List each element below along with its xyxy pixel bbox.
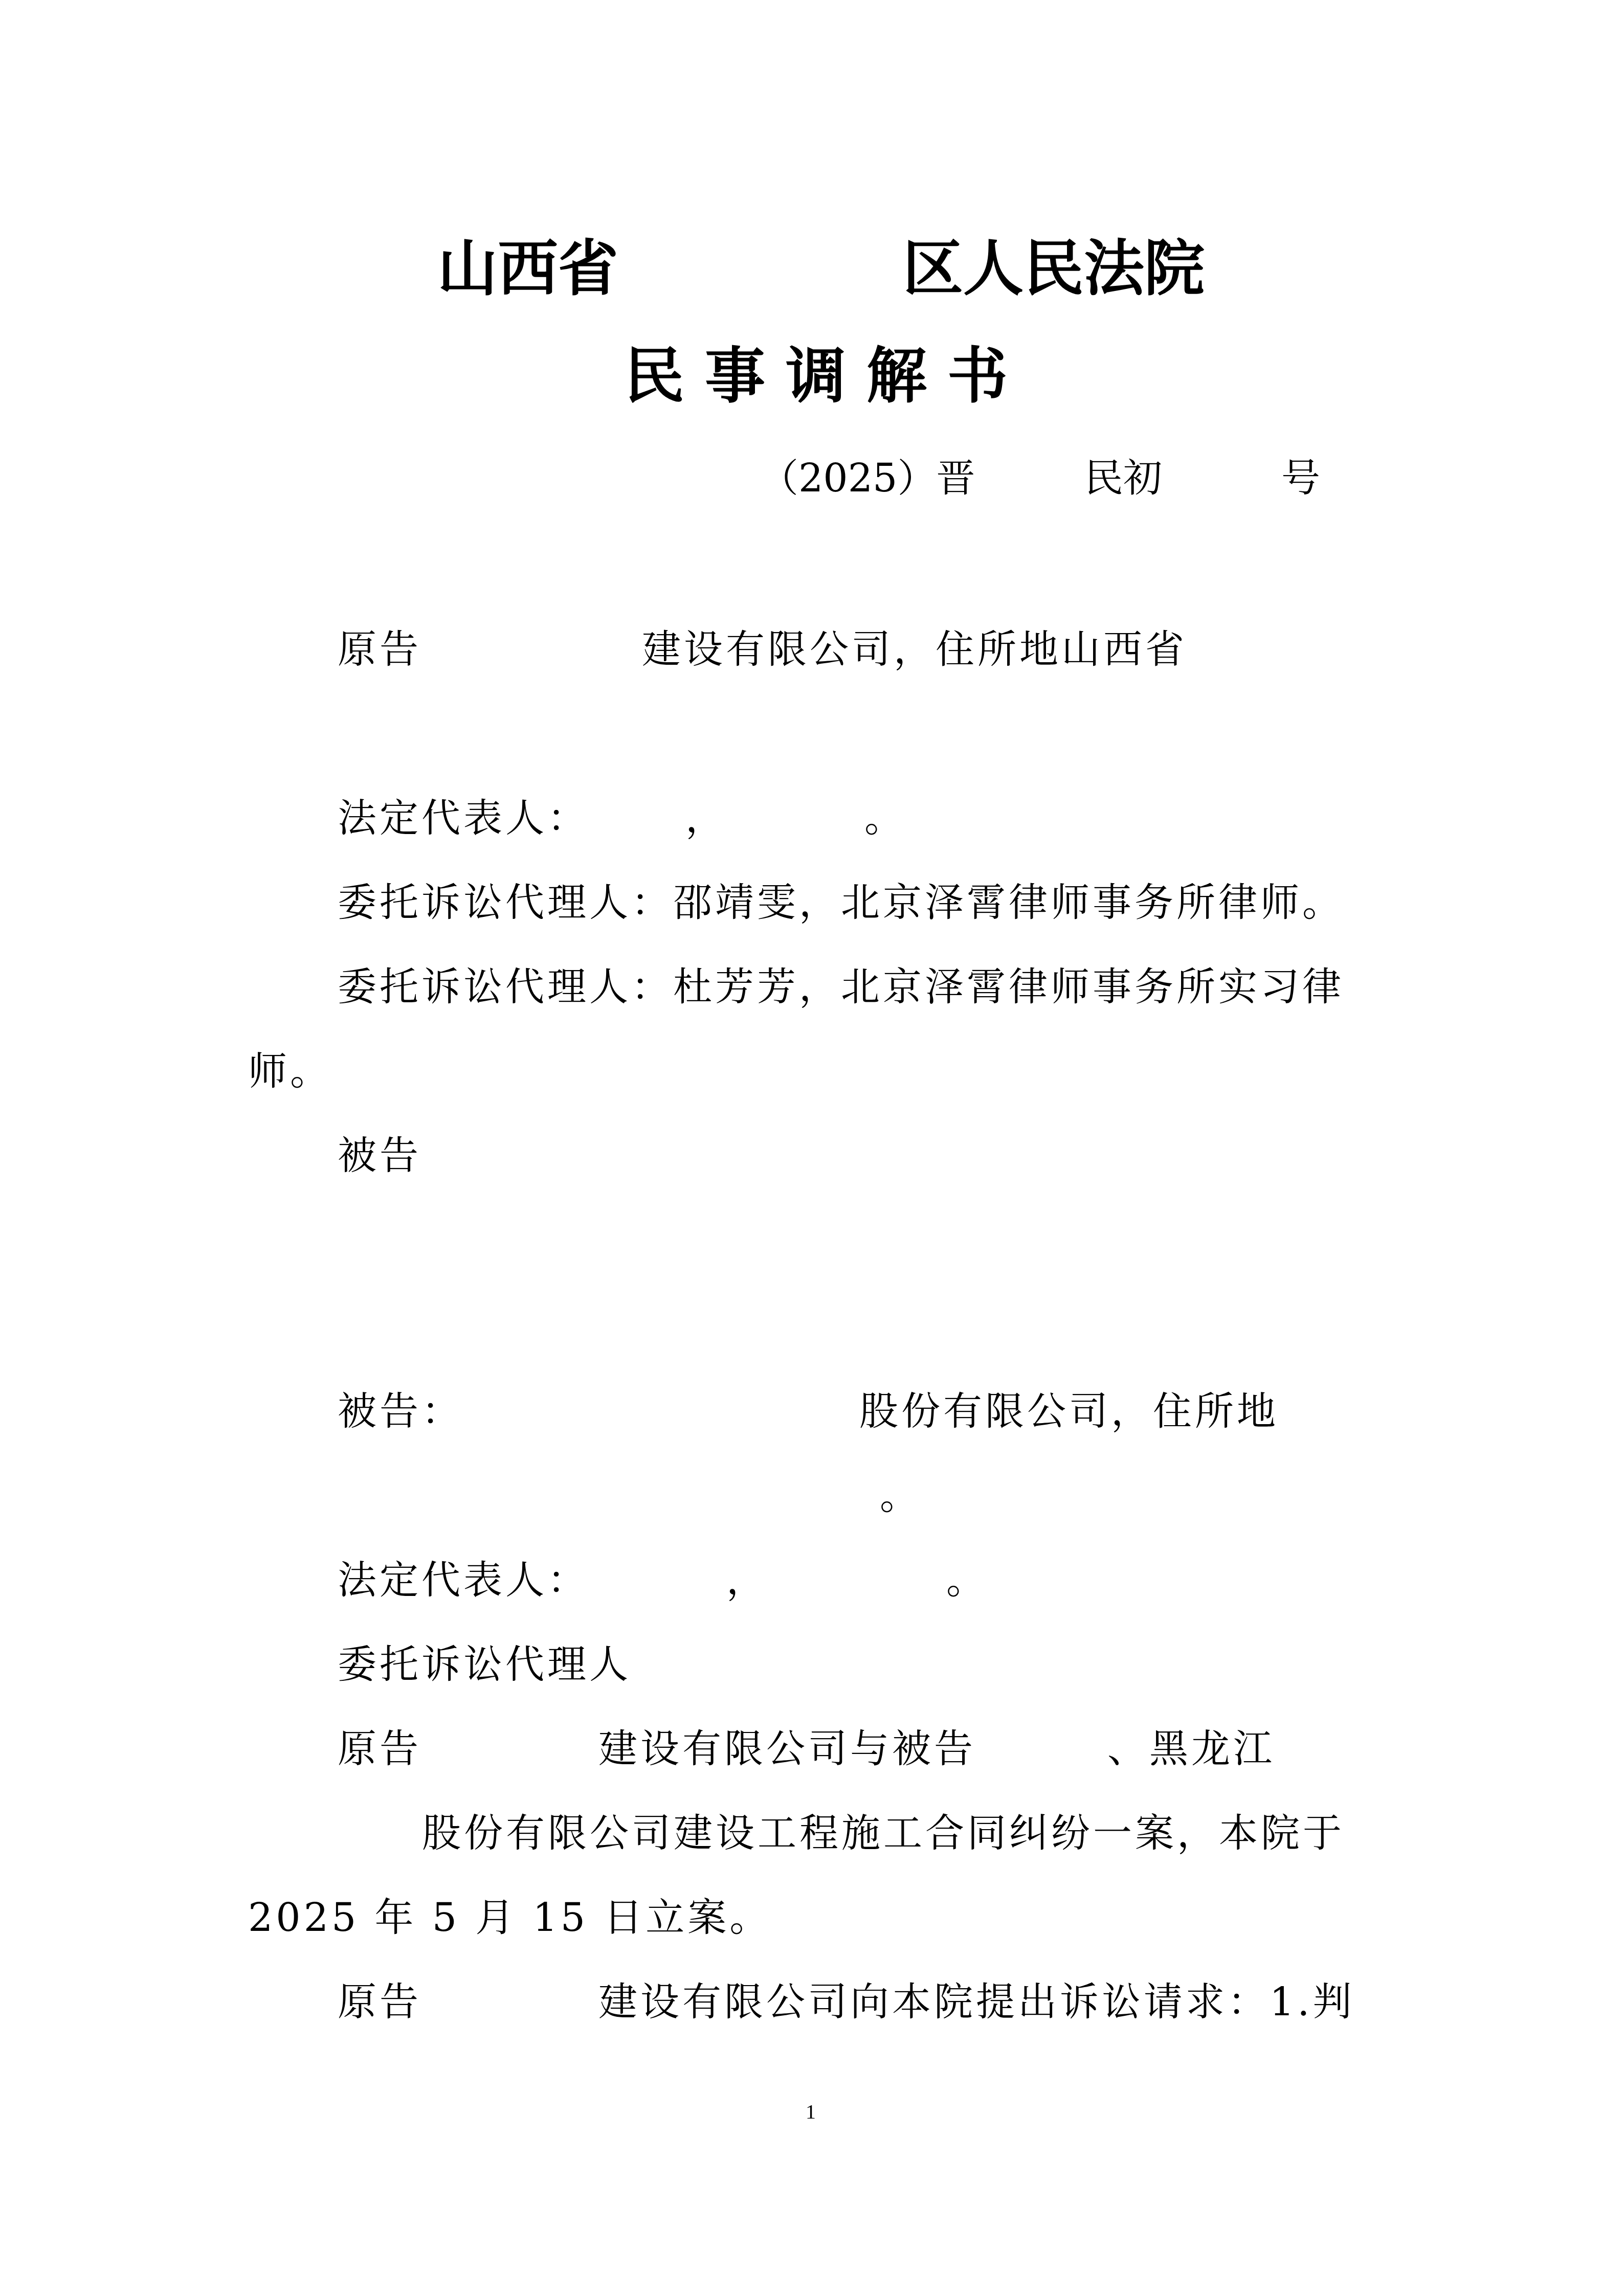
plaintiff-agent-1: 委托诉讼代理人：邵靖雯，北京泽霄律师事务所律师。 [338,880,1344,926]
document-type-title: 民事调解书 [624,340,1028,412]
case-intro-line2: 股份有限公司建设工程施工合同纠纷一案，本院于 [422,1810,1345,1856]
plaintiff-legal-rep-label: 法定代表人： [338,795,589,841]
defendant-2-label: 被告： [338,1388,463,1434]
plaintiff-label: 原告 [338,626,421,672]
plaintiff-agent-2-line1: 委托诉讼代理人：杜芳芳，北京泽霄律师事务所实习律 [338,964,1344,1010]
document-page: 山西省 区人民法院 民事调解书 （2025）晋 民初 号 原告 建设有限公司，住… [0,0,1624,2296]
case-intro-plaintiff-label: 原告 [338,1726,421,1772]
case-intro-part1: 建设有限公司与被告 [598,1726,976,1772]
defendant-2-legal-rep-label: 法定代表人： [338,1557,589,1603]
defendant-2-name-address: 股份有限公司，住所地 [859,1388,1279,1434]
court-province: 山西省 [437,233,618,304]
defendant-2-address-period: 。 [880,1473,922,1519]
court-name-suffix: 区人民法院 [903,233,1205,304]
defendant-2-agent-label: 委托诉讼代理人 [338,1641,631,1687]
case-intro-line3: 2025 年 5 月 15 日立案。 [248,1895,771,1941]
page-number: 1 [806,2099,816,2125]
defendant-2-legal-rep-comma: ， [726,1557,768,1603]
case-number-type: 民初 [1084,455,1162,501]
defendant-2-legal-rep-period: 。 [946,1557,988,1603]
plaintiff-name-address: 建设有限公司，住所地山西省 [642,626,1187,672]
case-intro-part2: 、黑龙江 [1107,1726,1275,1772]
plaintiff-agent-2-line2: 师。 [248,1048,332,1094]
claims-text: 建设有限公司向本院提出诉讼请求：1.判 [598,1979,1355,2025]
case-number-year: （2025）晋 [760,455,975,501]
defendant-1-label: 被告 [338,1133,421,1179]
plaintiff-legal-rep-period: 。 [864,795,906,841]
case-number-suffix: 号 [1281,455,1320,501]
plaintiff-legal-rep-comma: ， [685,795,727,841]
claims-plaintiff-label: 原告 [338,1979,421,2025]
